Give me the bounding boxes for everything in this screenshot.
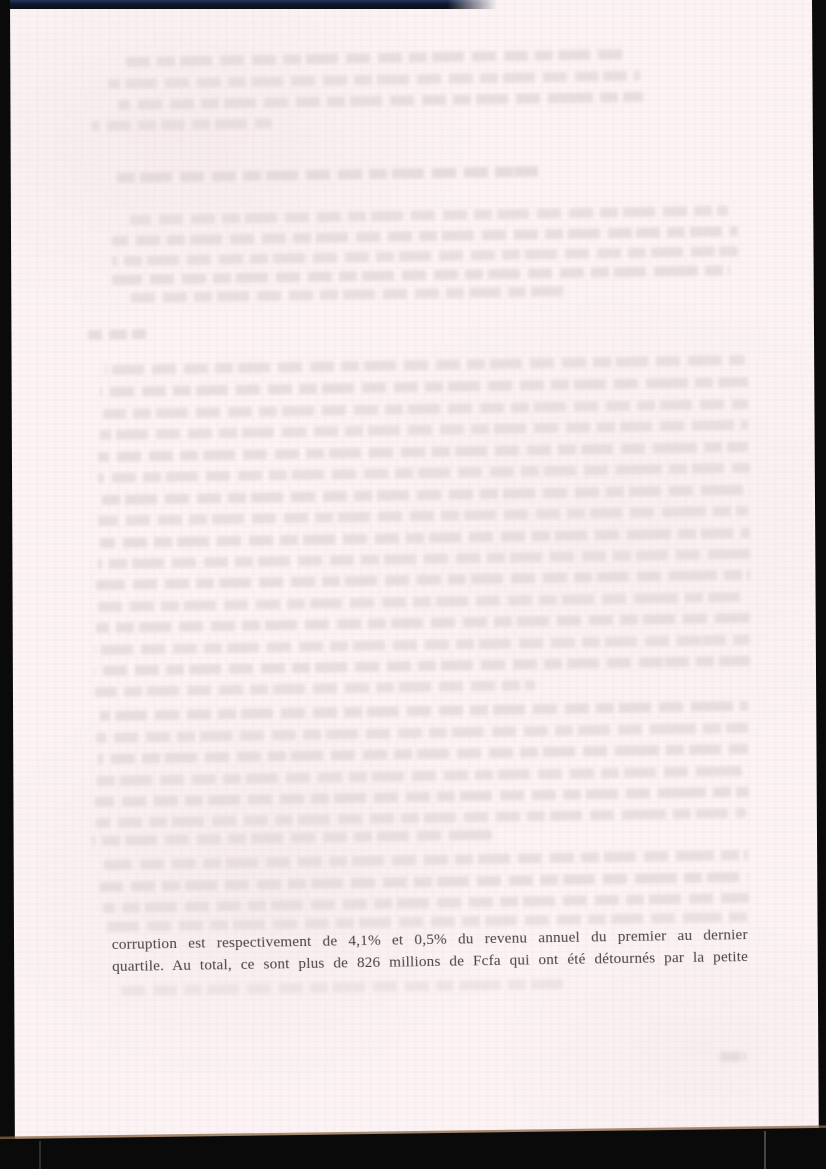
faded-text-line (100, 485, 748, 505)
faded-text-line (96, 570, 750, 590)
faded-text-line (114, 166, 542, 183)
faded-text-line (96, 766, 748, 786)
faded-text-line (113, 979, 563, 996)
faded-text-line (92, 830, 492, 846)
faded-text-line (100, 377, 748, 397)
faded-text-line (100, 872, 748, 892)
faded-text-line (98, 592, 748, 612)
faded-text-line (92, 118, 272, 131)
faded-text-line (130, 286, 570, 303)
faded-text-line (720, 1052, 746, 1062)
faded-text-line (103, 399, 748, 419)
faded-text-line (98, 744, 748, 764)
faded-text-line (100, 528, 750, 548)
faded-text-line (96, 613, 750, 633)
faded-text-line (100, 701, 748, 721)
faded-text-line (112, 246, 738, 266)
faded-text-line (103, 893, 749, 913)
faded-text-line (95, 787, 749, 807)
faded-text-line (108, 71, 640, 89)
faded-text-line (94, 656, 750, 676)
scanned-document-page: corruption est respectivement de 4,1% et… (0, 0, 826, 1169)
faded-text-line (96, 723, 748, 743)
faded-text-line (126, 49, 626, 67)
faded-text-line (95, 680, 535, 697)
faded-text-layer (0, 0, 826, 1169)
faded-text-line (112, 226, 738, 246)
faded-text-line (98, 442, 748, 462)
scan-artifact-line (39, 1141, 41, 1169)
faded-text-line (104, 850, 748, 870)
faded-text-line (105, 355, 745, 375)
faded-text-line (112, 265, 730, 285)
faded-text-line (100, 420, 748, 440)
scan-artifact-line (764, 1131, 766, 1169)
faded-text-line (98, 506, 748, 526)
faded-text-line (98, 463, 750, 483)
faded-text-line (96, 808, 746, 828)
faded-text-line (98, 549, 750, 569)
faded-text-line (95, 635, 750, 655)
scan-border-top (0, 0, 497, 9)
faded-text-line (130, 206, 728, 225)
faded-text-line (88, 329, 146, 340)
faded-text-line (118, 92, 643, 110)
